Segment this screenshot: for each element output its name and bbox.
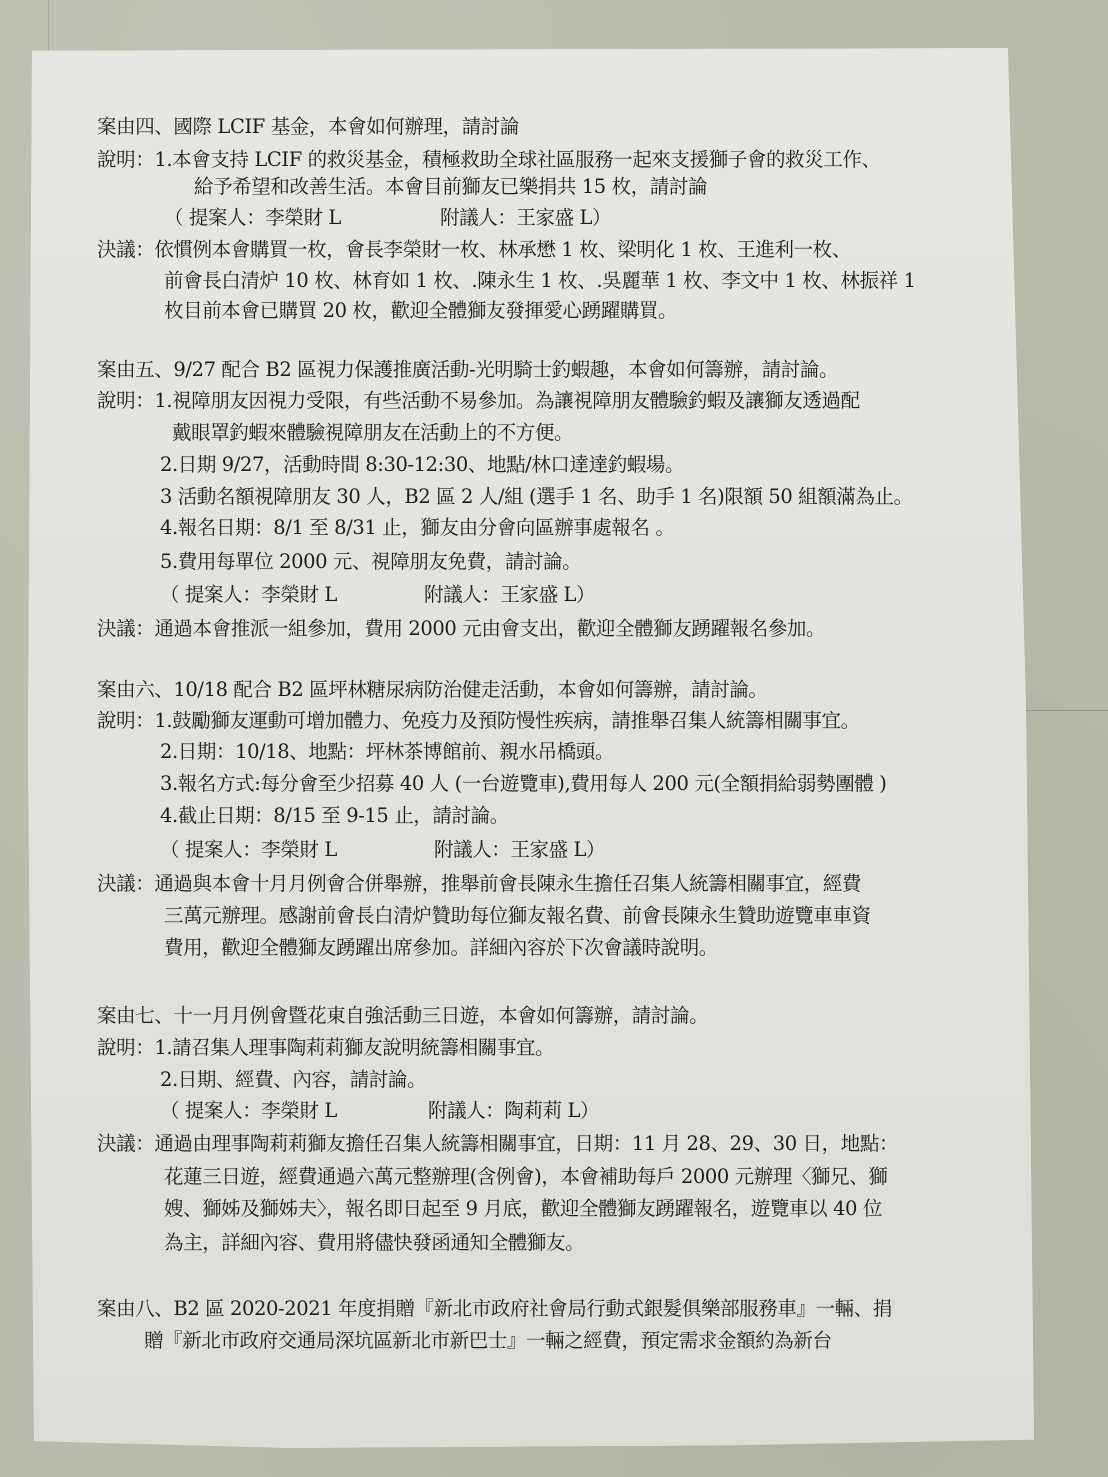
resolution-label: 決議：: [97, 1134, 154, 1154]
explanation-line: 4.截止日期：8/15 至 9-15 止，請討論。: [160, 806, 509, 826]
explanation-line: 給予希望和改善生活。本會目前獅友已樂捐共 15 枚，請討論: [194, 177, 707, 197]
resolution-label: 決議：: [97, 619, 154, 639]
case-title: 案由八、B2 區 2020-2021 年度捐贈『新北市政府社會局行動式銀髮俱樂部…: [97, 1299, 892, 1319]
case-title-continuation: 贈『新北市政府交通局深坑區新北市新巴士』一輛之經費，預定需求金額約為新台: [144, 1331, 832, 1351]
resolution-line: 前會長白清炉 10 枚、林育如 1 枚、.陳永生 1 枚、.吳麗華 1 枚、李文…: [164, 271, 916, 291]
explanation-line: 2.日期：10/18、地點：坪林茶博館前、親水吊橋頭。: [160, 742, 614, 762]
resolution-line: 花蓮三日遊，經費通過六萬元整辦理(含例會)，本會補助每戶 2000 元辦理〈獅兄…: [164, 1167, 887, 1187]
proposer: （ 提案人：李榮財 L: [160, 840, 337, 860]
explanation-line: 戴眼罩釣蝦來體驗視障朋友在活動上的不方便。: [172, 423, 573, 443]
explanation-label: 說明：: [97, 150, 154, 170]
proposer: （ 提案人：李榮財 L: [164, 208, 341, 228]
explanation-line: 說明：1.鼓勵獅友運動可增加體力、免疫力及預防慢性疾病，請推舉召集人統籌相關事宜…: [97, 711, 860, 731]
seconder: 附議人：陶莉莉 L）: [428, 1101, 599, 1121]
resolution-line: 決議：通過本會推派一組參加，費用 2000 元由會支出，歡迎全體獅友踴躍報名參加…: [97, 619, 825, 639]
resolution-label: 決議：: [97, 240, 154, 260]
resolution-line: 為主，詳細內容、費用將儘快發函通知全體獅友。: [164, 1233, 584, 1253]
explanation-line: 說明：1.本會支持 LCIF 的救災基金，積極救助全球社區服務一起來支援獅子會的…: [97, 150, 881, 170]
resolution-line: 決議：依慣例本會購買一枚，會長李榮財一枚、林承懋 1 枚、梁明化 1 枚、王進利…: [97, 240, 851, 260]
explanation-line: 3.報名方式:每分會至少招募 40 人 (一台遊覽車),費用每人 200 元(全…: [160, 774, 886, 794]
resolution-line: 三萬元辦理。感謝前會長白清炉贊助每位獅友報名費、前會長陳永生贊助遊覽車車資: [164, 906, 871, 926]
document-page: 案由四、國際 LCIF 基金，本會如何辦理，請討論 說明：1.本會支持 LCIF…: [0, 0, 1108, 1477]
explanation-line: 說明：1.視障朋友因視力受限，有些活動不易參加。為讓視障朋友體驗釣蝦及讓獅友透過…: [97, 391, 860, 411]
explanation-line: 3 活動名額視障朋友 30 人，B2 區 2 人/組 (選手 1 名、助手 1 …: [160, 487, 913, 507]
proposer: （ 提案人：李榮財 L: [160, 585, 337, 605]
explanation-line: 說明：1.請召集人理事陶莉莉獅友說明統籌相關事宜。: [97, 1038, 554, 1058]
proposer: （ 提案人：李榮財 L: [160, 1101, 337, 1121]
case-title: 案由六、10/18 配合 B2 區坪林糖尿病防治健走活動，本會如何籌辦，請討論。: [97, 680, 768, 700]
seconder: 附議人：王家盛 L）: [434, 840, 605, 860]
explanation-line: 5.費用每單位 2000 元、視障朋友免費，請討論。: [160, 552, 581, 572]
explanation-label: 說明：: [97, 1038, 154, 1058]
resolution-line: 決議：通過由理事陶莉莉獅友擔任召集人統籌相關事宜，日期：11 月 28、29、3…: [97, 1134, 898, 1154]
explanation-label: 說明：: [97, 391, 154, 411]
explanation-line: 2.日期、經費、內容，請討論。: [160, 1070, 426, 1090]
resolution-line: 枚目前本會已購買 20 枚，歡迎全體獅友發揮愛心踴躍購買。: [164, 301, 677, 321]
resolution-line: 費用，歡迎全體獅友踴躍出席參加。詳細內容於下次會議時說明。: [164, 938, 718, 958]
case-title: 案由五、9/27 配合 B2 區視力保護推廣活動-光明騎士釣蝦趣，本會如何籌辦，…: [97, 360, 838, 380]
explanation-line: 4.報名日期：8/1 至 8/31 止，獅友由分會向區辦事處報名 。: [160, 518, 674, 538]
explanation-label: 說明：: [97, 711, 154, 731]
case-title: 案由四、國際 LCIF 基金，本會如何辦理，請討論: [97, 117, 519, 137]
resolution-line: 決議：通過與本會十月月例會合併舉辦，推舉前會長陳永生擔任召集人統籌相關事宜，經費: [97, 874, 861, 894]
seconder: 附議人：王家盛 L）: [440, 208, 611, 228]
seconder: 附議人：王家盛 L）: [424, 585, 595, 605]
resolution-label: 決議：: [97, 874, 154, 894]
resolution-line: 嫂、獅姊及獅姊夫〉，報名即日起至 9 月底，歡迎全體獅友踴躍報名，遊覽車以 40…: [164, 1199, 882, 1219]
case-title: 案由七、十一月月例會暨花東自強活動三日遊，本會如何籌辦，請討論。: [97, 1006, 708, 1026]
explanation-line: 2.日期 9/27，活動時間 8:30-12:30、地點/林口達達釣蝦場。: [160, 455, 684, 475]
